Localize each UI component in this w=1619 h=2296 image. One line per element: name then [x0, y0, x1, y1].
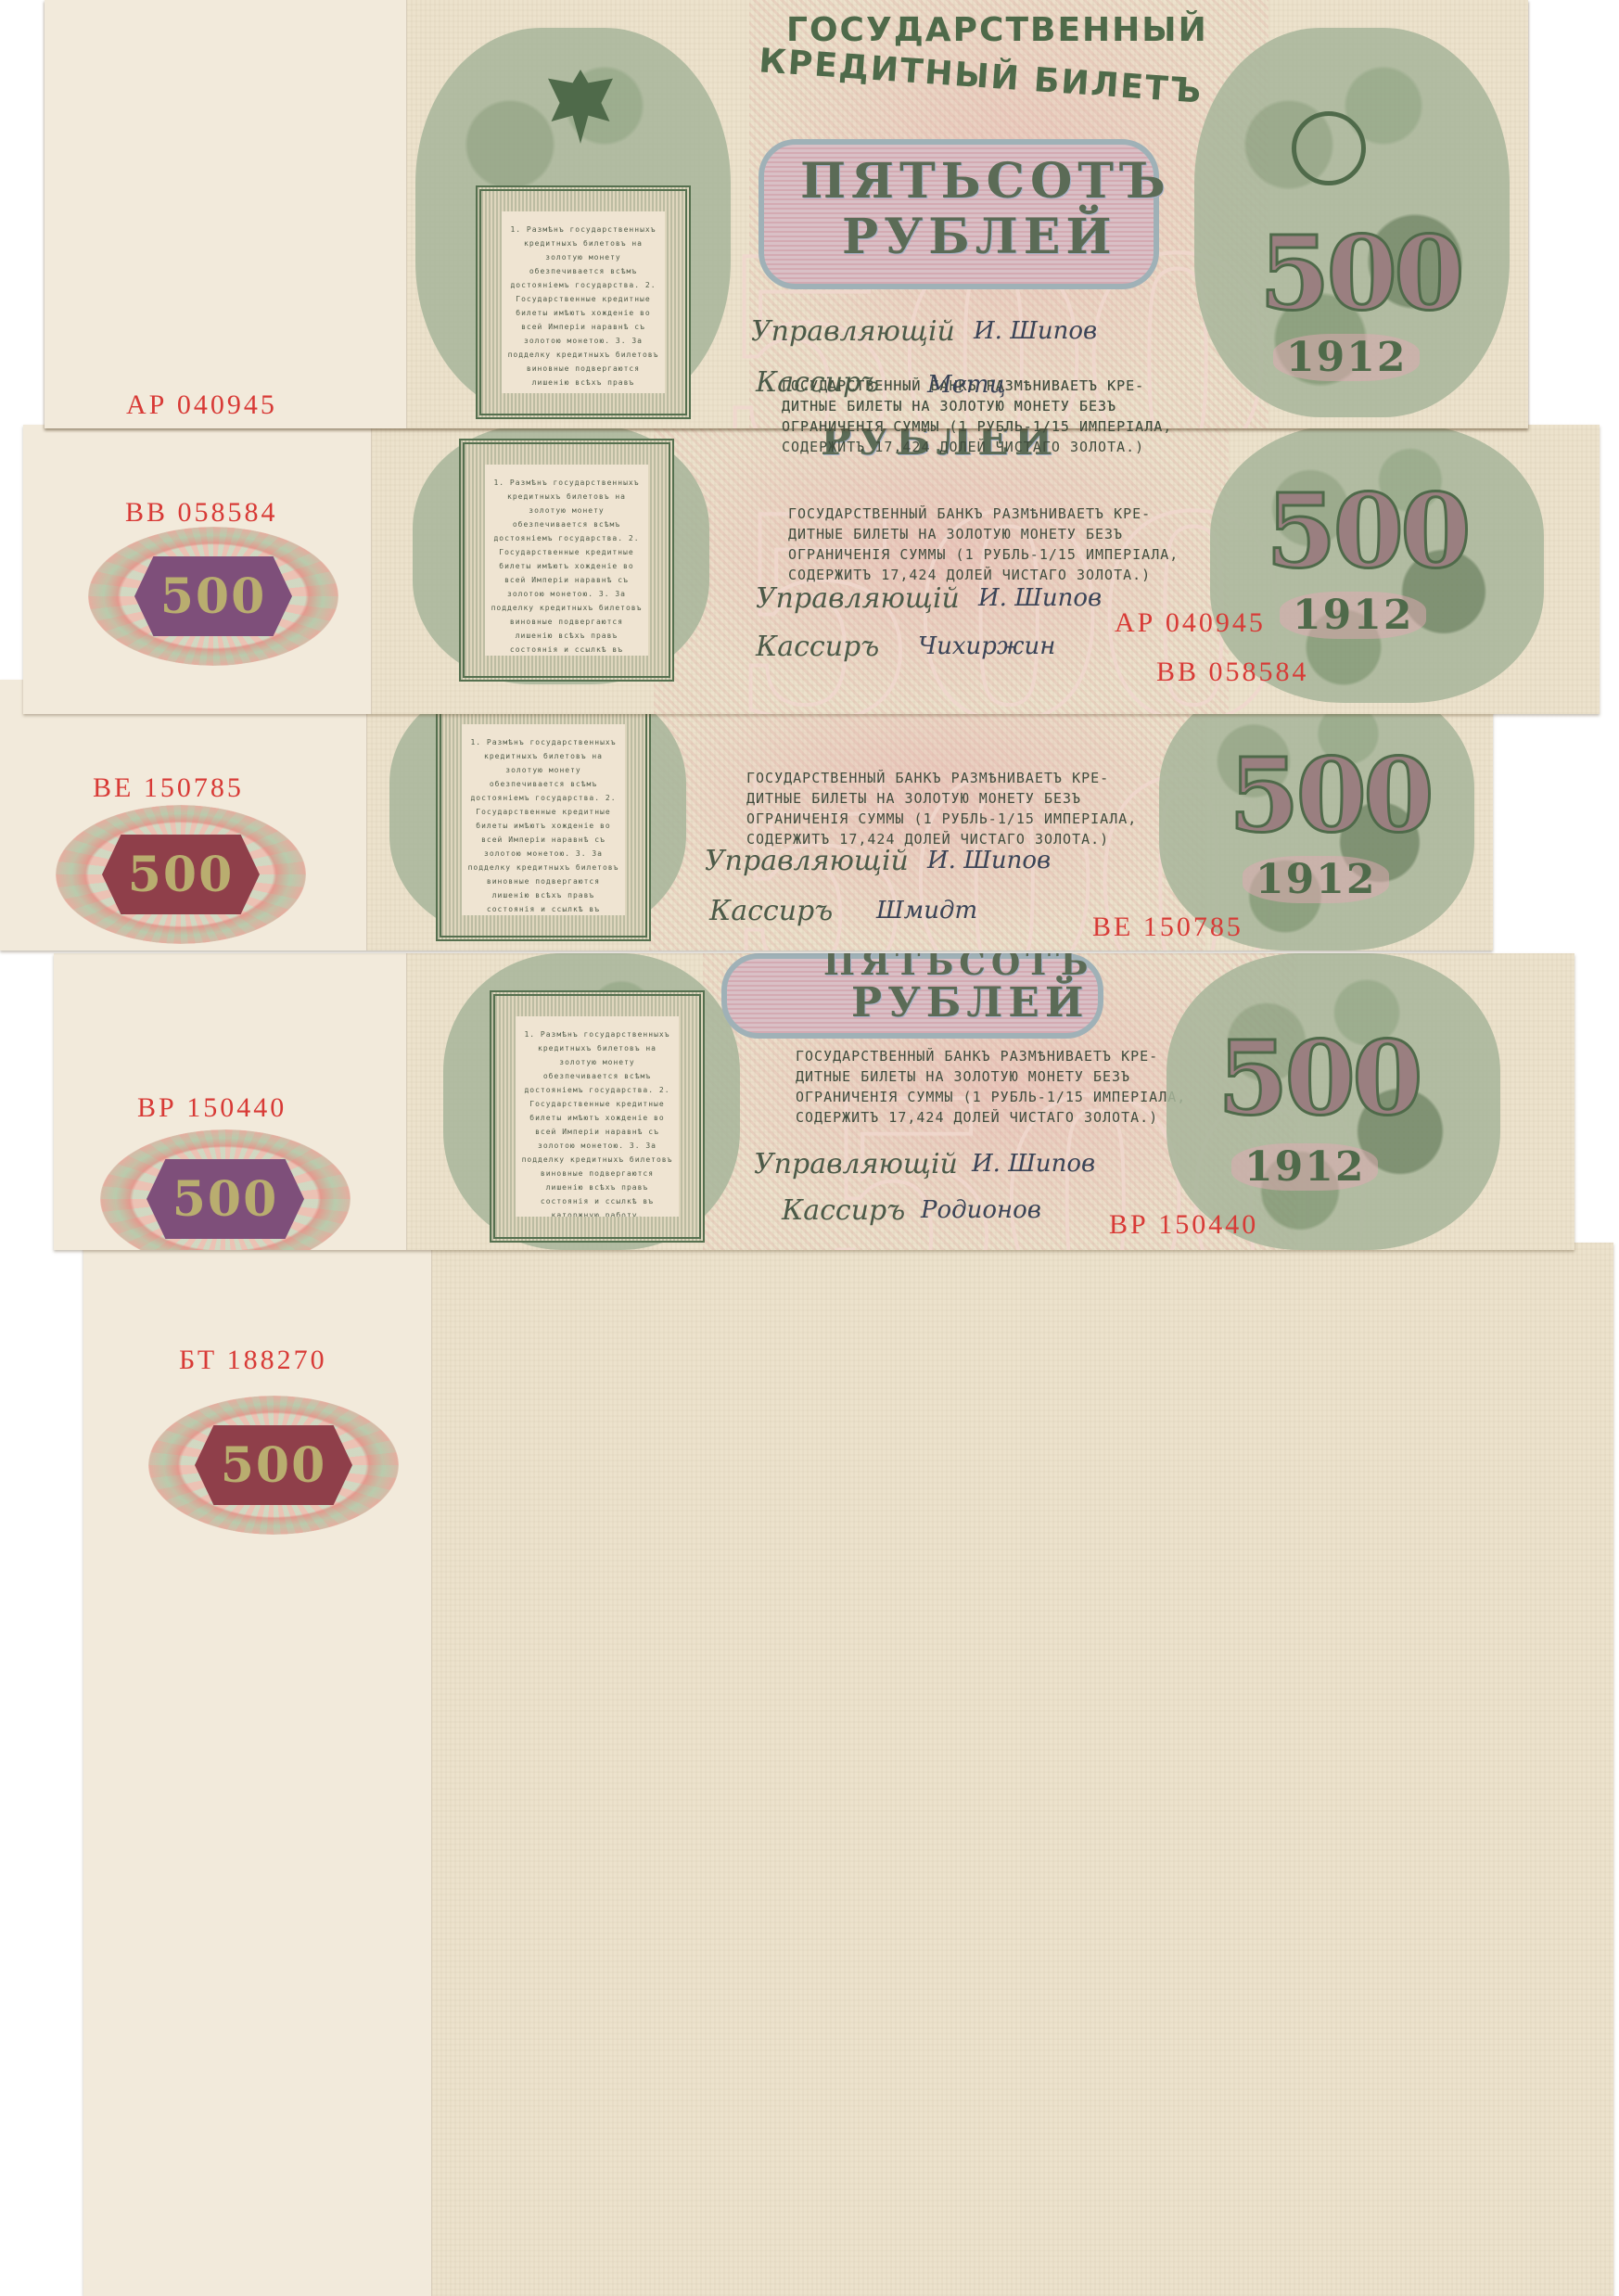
banknote-stub: [45, 0, 407, 428]
left-panel-text: 1. Размѣнъ государственныхъ кредитныхъ б…: [462, 724, 625, 915]
note1-cashier-label: Кассиръ: [756, 366, 879, 399]
left-panel-text: 1. Размѣнъ государственныхъ кредитныхъ б…: [485, 465, 648, 656]
manager-signature: И. Шипов: [978, 584, 1102, 612]
manager-signature: И. Шипов: [972, 1150, 1095, 1178]
note1-manager-label: Управляющій: [751, 315, 955, 348]
banknote-3: ВЕ 150785 500 500 1. Размѣнъ государстве…: [0, 680, 1493, 950]
year-label: 1912: [1273, 334, 1420, 381]
rosette-denomination: 500: [172, 1171, 279, 1228]
serial-number-left: ВЕ 150785: [93, 772, 244, 804]
banknote-5: БТ 188270 500: [83, 1243, 1613, 2296]
corner-denomination: 500: [1259, 223, 1461, 325]
serial-number-left: ВВ 058584: [125, 497, 278, 529]
serial-number-right: ВВ 058584: [1156, 657, 1309, 688]
corner-denomination: 500: [1229, 745, 1431, 847]
denomination-rosette: 500: [100, 1129, 351, 1250]
left-panel-text: 1. Размѣнъ государственныхъ кредитныхъ б…: [502, 211, 665, 393]
banknote-1-body: АР 040945 500 1. Размѣнъ государственных…: [45, 0, 1528, 428]
denomination-rosette: 500: [148, 1396, 399, 1535]
imperial-monogram-icon: [1292, 111, 1366, 185]
note-title-line1: ГОСУДАРСТВЕННЫЙ: [786, 11, 1208, 49]
note1-cashier-signature: Метц: [927, 371, 1006, 399]
legal-text: ГОСУДАРСТВЕННЫЙ БАНКЪ РАЗМѢНИВАЕТЪ КРЕ- …: [746, 768, 1137, 849]
left-panel-text: 1. Размѣнъ государственныхъ кредитныхъ б…: [516, 1016, 679, 1217]
banknote-4: ВР 150440 500 500 1. Размѣнъ государстве…: [54, 953, 1574, 1250]
text-frame-left: 1. Размѣнъ государственныхъ кредитныхъ б…: [459, 439, 674, 682]
text-frame-left: 1. Размѣнъ государственныхъ кредитныхъ б…: [490, 990, 705, 1243]
legal-text: ГОСУДАРСТВЕННЫЙ БАНКЪ РАЗМѢНИВАЕТЪ КРЕ- …: [796, 1046, 1186, 1128]
serial-number-right: ВЕ 150785: [1092, 912, 1243, 943]
cashier-label: Кассиръ: [709, 895, 833, 927]
corner-denomination: 500: [1266, 480, 1468, 582]
cashier-label: Кассиръ: [782, 1194, 905, 1227]
cashier-signature: Шмидт: [876, 897, 977, 925]
denomination-words-line2: РУБЛЕЙ: [851, 979, 1089, 1027]
rosette-denomination: 500: [221, 1437, 327, 1494]
serial-number-left: АР 040945: [126, 389, 277, 421]
corner-denomination: 500: [1217, 1027, 1420, 1129]
serial-number-right: ВР 150440: [1109, 1209, 1258, 1241]
denomination-rosette: 500: [56, 805, 306, 944]
banknote-2: ВВ 058584 500 500 1. Размѣнъ государстве…: [23, 425, 1600, 714]
rosette-denomination: 500: [160, 568, 267, 625]
note1-serial-number-right: АР 040945: [1115, 607, 1266, 639]
cashier-signature: Родионов: [921, 1196, 1041, 1224]
denomination-words-line1: ПЯТЬСОТЪ: [800, 153, 1171, 210]
manager-signature: И. Шипов: [927, 847, 1051, 874]
manager-label: Управляющій: [705, 845, 909, 877]
manager-label: Управляющій: [754, 1148, 958, 1180]
cashier-signature: Чихиржин: [918, 632, 1055, 660]
year-label: 1912: [1243, 856, 1389, 903]
text-frame-left: 1. Размѣнъ государственныхъ кредитныхъ б…: [436, 698, 651, 941]
year-label: 1912: [1280, 592, 1426, 639]
serial-number-left: ВР 150440: [137, 1092, 287, 1124]
text-frame-left: 1. Размѣнъ государственныхъ кредитныхъ б…: [476, 185, 691, 419]
rosette-denomination: 500: [128, 847, 235, 903]
manager-label: Управляющій: [756, 582, 960, 615]
legal-text: ГОСУДАРСТВЕННЫЙ БАНКЪ РАЗМѢНИВАЕТЪ КРЕ- …: [788, 504, 1179, 585]
denomination-words-line2: РУБЛЕЙ: [842, 209, 1116, 265]
denomination-rosette: 500: [88, 527, 338, 666]
cashier-label: Кассиръ: [756, 631, 879, 663]
year-label: 1912: [1231, 1143, 1378, 1191]
serial-number-left: БТ 188270: [179, 1345, 327, 1376]
note1-manager-signature: И. Шипов: [974, 317, 1097, 345]
